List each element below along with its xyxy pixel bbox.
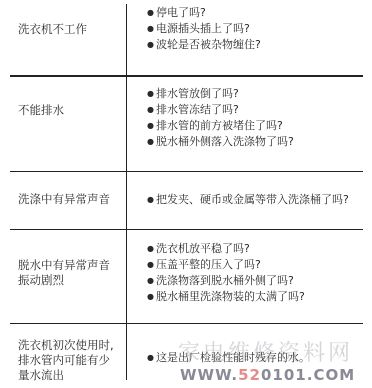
check-list: 排水管放倒了吗? 排水管冻结了吗? 排水管的前方被堵住了吗? 脱水桶外侧落入洗涤… bbox=[147, 86, 294, 150]
row-divider bbox=[10, 323, 363, 324]
check-item: 电源插头插上了吗? bbox=[147, 21, 261, 37]
check-list: 洗衣机放平稳了吗? 压盖平整的压入了吗? 洗涤物落到脱水桶外侧了吗? 脱水桶里洗… bbox=[147, 241, 305, 305]
watermark-url-prefix: WWW. bbox=[180, 366, 238, 384]
check-item: 把发夹、硬币或金属等带入洗涤桶了吗? bbox=[147, 192, 349, 208]
watermark-url-highlight: 52 bbox=[238, 366, 261, 384]
row-divider bbox=[10, 229, 363, 230]
symptom-label-line: 脱水中有异常声音 bbox=[18, 258, 110, 273]
symptom-label: 不能排水 bbox=[18, 103, 64, 118]
check-item: 排水管放倒了吗? bbox=[147, 86, 294, 102]
symptom-label: 洗涤中有异常声音 bbox=[18, 192, 110, 207]
check-item: 脱水桶里洗涤物装的太满了吗? bbox=[147, 289, 305, 305]
check-item: 排水管冻结了吗? bbox=[147, 102, 294, 118]
check-item: 停电了吗? bbox=[147, 5, 261, 21]
watermark-url: WWW.520101.COM bbox=[180, 366, 355, 384]
check-item: 压盖平整的压入了吗? bbox=[147, 257, 305, 273]
symptom-label-line: 量水流出 bbox=[18, 368, 114, 383]
check-item: 排水管的前方被堵住了吗? bbox=[147, 118, 294, 134]
symptom-label-line: 洗衣机初次使用时, bbox=[18, 338, 114, 353]
row-divider bbox=[10, 171, 363, 172]
check-list: 把发夹、硬币或金属等带入洗涤桶了吗? bbox=[147, 192, 349, 208]
watermark-text: 家电维修资料网 bbox=[178, 336, 353, 367]
symptom-label: 脱水中有异常声音 振动剧烈 bbox=[18, 258, 110, 288]
symptom-label-line: 振动剧烈 bbox=[18, 273, 110, 288]
check-item: 洗衣机放平稳了吗? bbox=[147, 241, 305, 257]
check-item: 脱水桶外侧落入洗涤物了吗? bbox=[147, 134, 294, 150]
check-list: 停电了吗? 电源插头插上了吗? 波轮是否被杂物缠住? bbox=[147, 5, 261, 53]
row-divider bbox=[10, 75, 363, 77]
check-item: 洗涤物落到脱水桶外侧了吗? bbox=[147, 273, 305, 289]
symptom-label: 洗衣机不工作 bbox=[18, 22, 87, 37]
check-item: 波轮是否被杂物缠住? bbox=[147, 37, 261, 53]
symptom-label: 洗衣机初次使用时, 排水管内可能有少 量水流出 bbox=[18, 338, 114, 383]
watermark-url-suffix: 0101.COM bbox=[261, 366, 355, 384]
symptom-label-line: 排水管内可能有少 bbox=[18, 353, 114, 368]
